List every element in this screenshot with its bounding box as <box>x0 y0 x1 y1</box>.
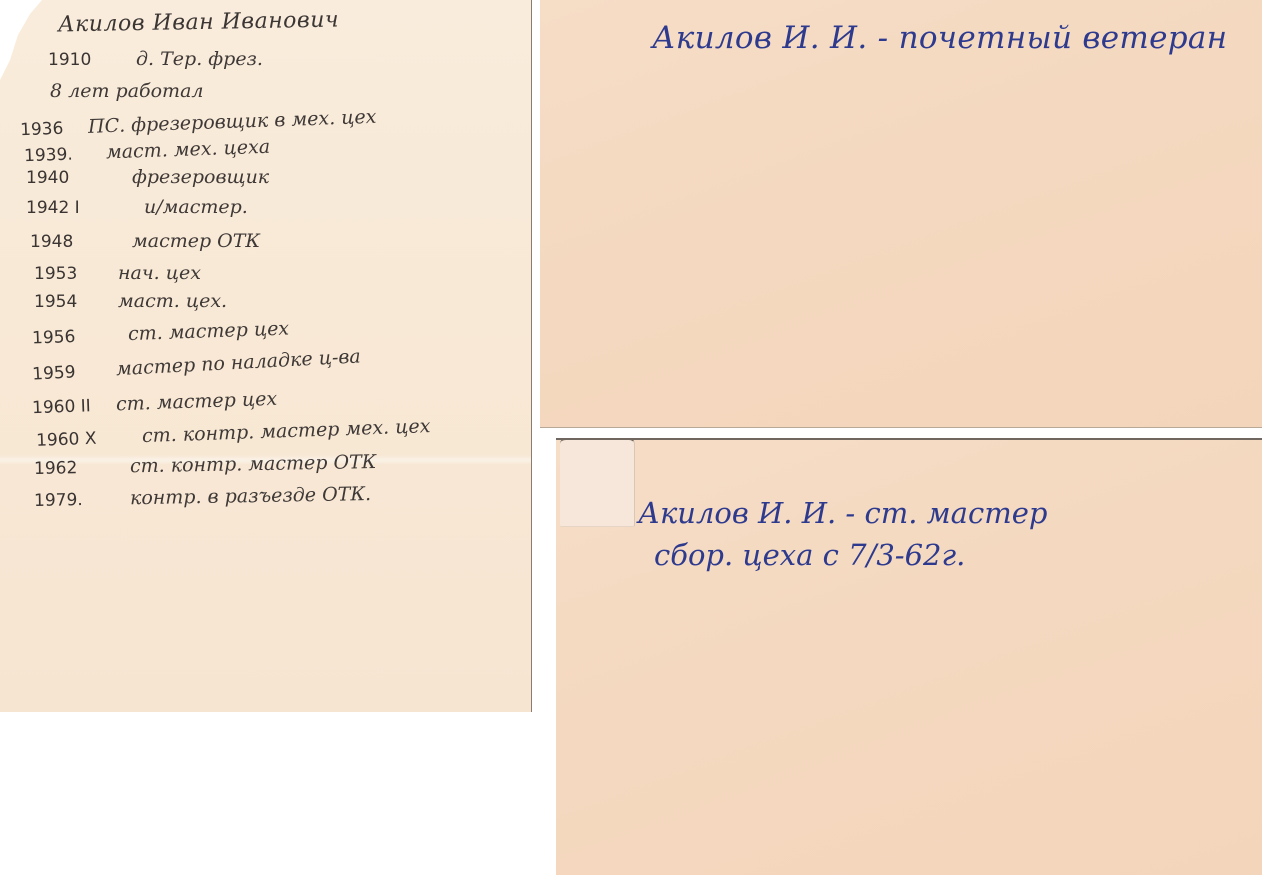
notes-title: Акилов Иван Иванович <box>58 8 340 38</box>
entry-text: ПС. фрезеровщик в мех. цех <box>88 106 377 138</box>
entry-text: ст. контр. мастер мех. цех <box>142 415 431 447</box>
notes-entry: 1960 IIст. мастер цех <box>32 388 278 419</box>
entry-text: маст. цех. <box>118 290 227 312</box>
entry-year: 1954 <box>34 292 118 312</box>
entry-text: мастер ОТК <box>132 230 260 252</box>
notes-entry: 1953нач. цех <box>34 262 201 284</box>
entry-year: 1936 <box>20 118 89 140</box>
notes-entry: 1942 Iи/мастер. <box>26 196 248 218</box>
entry-year: 1953 <box>34 264 118 284</box>
notes-entry: 1939.маст. мех. цеха <box>24 136 271 167</box>
notes-entry: 1910д. Тер. фрез. <box>48 48 263 70</box>
card-bottom-line2: сбор. цеха с 7/3-62г. <box>654 538 965 572</box>
entry-text: нач. цех <box>118 262 201 284</box>
entry-year: 1979. <box>34 489 130 511</box>
entry-text: ст. мастер цех <box>116 388 278 416</box>
notes-entry: 1959мастер по наладке ц-ва <box>32 345 362 384</box>
entry-text: мастер по наладке ц-ва <box>116 345 362 380</box>
notes-entry: 1940фрезеровщик <box>26 166 269 188</box>
entry-text: маст. мех. цеха <box>106 136 271 164</box>
entry-text: д. Тер. фрез. <box>136 48 263 70</box>
senior-foreman-card: Акилов И. И. - ст. мастер сбор. цеха с 7… <box>556 438 1262 875</box>
entry-text: контр. в разъезде ОТК. <box>130 483 371 509</box>
entry-text: фрезеровщик <box>132 166 269 188</box>
honorary-veteran-card: Акилов И. И. - почетный ветеран <box>540 0 1262 428</box>
entry-year: 1956 <box>32 325 129 348</box>
entry-year: 1962 <box>34 457 130 479</box>
entry-text: и/мастер. <box>144 196 248 218</box>
notes-entry: 1979.контр. в разъезде ОТК. <box>34 483 371 511</box>
entry-year: 1942 I <box>26 198 144 218</box>
entry-text: ст. контр. мастер ОТК <box>130 451 377 477</box>
card-bottom-line1: Акилов И. И. - ст. мастер <box>638 496 1047 530</box>
notes-entry: 1948мастер ОТК <box>30 230 260 252</box>
entry-year: 1910 <box>48 50 136 70</box>
notes-entry: 1956ст. мастер цех <box>32 318 290 349</box>
notes-entry: 8 лет работал <box>50 80 204 102</box>
entry-year: 1940 <box>26 168 132 188</box>
handwritten-notes-sheet: Акилов Иван Иванович 1910д. Тер. фрез. 8… <box>0 0 532 712</box>
entry-text: 8 лет работал <box>50 80 204 102</box>
entry-year: 1960 II <box>32 395 117 418</box>
tape-residue <box>560 438 635 527</box>
entry-year: 1948 <box>30 232 132 252</box>
notes-entry: 1936ПС. фрезеровщик в мех. цех <box>20 106 377 140</box>
notes-entry: 1960 Xст. контр. мастер мех. цех <box>36 415 431 451</box>
card-top-text: Акилов И. И. - почетный ветеран <box>652 20 1227 56</box>
notes-entry: 1954маст. цех. <box>34 290 227 312</box>
notes-entry: 1962ст. контр. мастер ОТК <box>34 451 377 479</box>
entry-text: ст. мастер цех <box>128 318 290 346</box>
entry-year: 1960 X <box>36 427 143 451</box>
entry-year: 1939. <box>24 143 107 166</box>
entry-year: 1959 <box>32 360 117 384</box>
